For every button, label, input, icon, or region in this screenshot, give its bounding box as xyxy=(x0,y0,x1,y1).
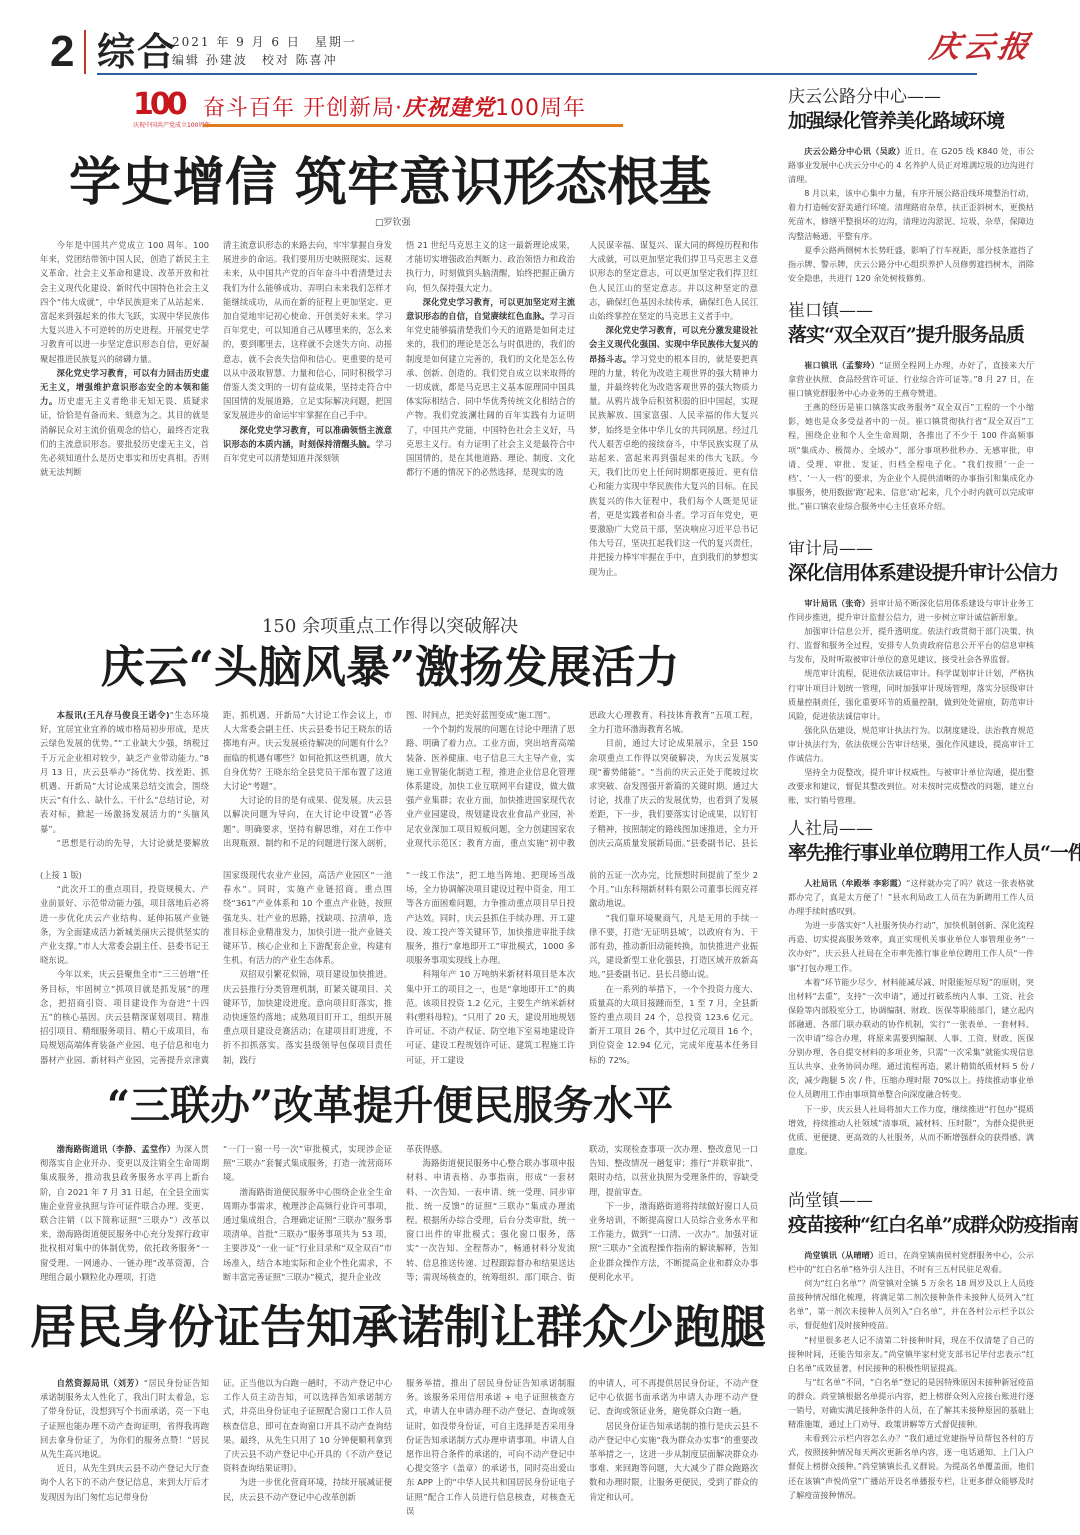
paragraph: “此次开工的重点项目，投资规模大、产业前景好、示范带动能力强，项目落地后必将进一… xyxy=(40,882,209,967)
item-body: 尚堂镇讯（从晴晴）近日，在尚堂镇南侯村党群服务中心，公示栏中的“红白名单”格外引… xyxy=(788,1248,1034,1502)
article-body: 渤海路街道讯（李静、孟堂作）为深入贯彻落实自企业开办、变更以及注销全生命周期集成… xyxy=(40,1142,758,1284)
paragraph: 证。正当他以为白跑一趟时，不动产登记中心工作人员主动告知，可以选择告知承诺制方式… xyxy=(223,1376,392,1475)
paragraph: 为进一步优化营商环境，持续开展减证便民，庆云县不动产登记中心改革创新 xyxy=(223,1475,392,1503)
article-column: 的申请人，可不再提供居民身份证，不动产登记中心依据书面承诺为申请人办理不动产登记… xyxy=(589,1376,758,1518)
article-column: 前的五证一次办完，比预想时间提前了至少 2 个月。”山东科翔新材料有限公司董事长… xyxy=(589,868,758,1068)
paragraph: 王燕的经历是崔口镇落实政务服务“双全双百”工程的一个小缩影，她也是众多受益者中的… xyxy=(788,400,1034,513)
centenary-badge-icon: 100 庆祝中国共产党成立100周年 xyxy=(133,88,195,138)
article-body: 自然资源局讯（刘芳）“居民身份证告知承诺制服务太人性化了，我出门时太着急，忘了带… xyxy=(40,1376,758,1518)
item-body: 人社局讯（牟殿举 李彩霞）“这样就办完了吗？就这一张表格就都办完了，真是太方便了… xyxy=(788,876,1034,1158)
paper-logo: 庆云报 xyxy=(926,28,1035,68)
paragraph: 国家级现代农业产业园，高活产业园区“一池春水”。同时，实施产业链招商。重点围绕“… xyxy=(223,868,392,967)
paragraph: 的申请人，可不再提供居民身份证，不动产登记中心依据书面承诺为申请人办理不动产登记… xyxy=(589,1376,758,1419)
paragraph: 自然资源局讯（刘芳）“居民身份证告知承诺制服务太人性化了，我出门时太着急，忘了带… xyxy=(40,1376,209,1461)
article-headline: 学史增信 筑牢意识形态根基 xyxy=(60,152,720,214)
paragraph: 深化党史学习教育，可以准确领悟主流意识形态的本质内涵，时刻保持清醒头脑。学习百年… xyxy=(223,423,392,466)
paragraph-lead: 自然资源局讯（刘芳） xyxy=(57,1378,144,1388)
paragraph: 本着“环节能少尽少、材料能减尽减、时限能短尽短”的原则，突出材料“去重”，支持“… xyxy=(788,975,1034,1102)
article-headline: 居民身份证告知承诺制让群众少跑腿 xyxy=(30,1296,750,1358)
article-headline: “三联办”改革提升便民服务水平 xyxy=(40,1080,740,1132)
paragraph: 海路街道便民服务中心整合联办事项申报材料、申请表格、办事指南，形成“一套材料、一… xyxy=(406,1156,575,1284)
article-body: (上接 1 版)“此次开工的重点项目，投资规模大、产业前景好、示范带动能力强，项… xyxy=(40,868,758,1068)
paragraph: 审计局讯（张奇）县审计局不断深化信用体系建设与审计业务工作同步推进，提升审计监督… xyxy=(788,596,1034,624)
paragraph: 居民身份证告知承诺制的推行是庆云县不动产登记中心实施“我为群众办实事”的重要改革… xyxy=(589,1419,758,1504)
issue-staff: 编辑 孙建波 校对 陈喜冲 xyxy=(172,51,357,69)
article-column: “一线工作法”，把工地当阵地、把现场当战场，全力协调解决项目建设过程中资金、用工… xyxy=(406,868,575,1068)
paragraph: 深化党史学习教育，可以更加坚定对主流意识形态的自信，自觉赓续红色血脉。学习百年党… xyxy=(406,295,575,480)
paragraph: 革获得感。 xyxy=(406,1142,575,1156)
sidebar-item-hr: 人社局——率先推行事业单位聘用工作人员“一件事”人社局讯（牟殿举 李彩霞）“这样… xyxy=(788,818,1034,1158)
article-column: 自然资源局讯（刘芳）“居民身份证告知承诺制服务太人性化了，我出门时太着急，忘了带… xyxy=(40,1376,209,1518)
article-column: 渤海路街道讯（李静、孟堂作）为深入贯彻落实自企业开办、变更以及注销全生命周期集成… xyxy=(40,1142,209,1284)
page-divider xyxy=(84,30,86,74)
article-column: 证。正当他以为白跑一趟时，不动产登记中心工作人员主动告知，可以选择告知承诺制方式… xyxy=(223,1376,392,1518)
issue-date: 2021 年 9 月 6 日 星期一 xyxy=(172,33,357,51)
item-department: 尚堂镇—— xyxy=(788,1190,1034,1212)
paragraph: 双招双引繁花似锦，项目建设加快推进。庆云县推行分类管理机制，盯紧关键项目、关键环… xyxy=(223,967,392,1066)
sidebar-item-cuikou: 崔口镇——落实“双全双百”提升服务品质崔口镇讯（孟黎玲）“证照全程网上办理，办好… xyxy=(788,300,1034,513)
paragraph: 悟 21 世纪马克思主义的这一最新理论成果，才能切实增强政治判断力、政治领悟力和… xyxy=(406,238,575,295)
item-department: 人社局—— xyxy=(788,818,1034,840)
item-body: 庆云公路分中心讯（吴政）近日，在 G205 线 K840 处，市公路事业发展中心… xyxy=(788,144,1034,285)
section-name: 综合 xyxy=(97,30,177,74)
article-column: 距、抓机遇、开新局”大讨论工作会议上，市人大常委会副主任、庆云县委书记王晓东的话… xyxy=(223,708,392,852)
paragraph: 服务举措，推出了居民身份证告知承诺制服务。该服务采用信用承诺 + 电子证照核查方… xyxy=(406,1376,575,1518)
paragraph: 大讨论的目的是有成果、促发展。庆云县以解决问题为导向，在大讨论中设置“必答题”。… xyxy=(223,793,392,852)
item-body: 崔口镇讯（孟黎玲）“证照全程网上办理，办好了，直接来大厅拿营业执照、食品经营许可… xyxy=(788,358,1034,513)
paragraph: “一线工作法”，把工地当阵地、把现场当战场，全力协调解决项目建设过程中资金、用工… xyxy=(406,868,575,967)
banner-slogan: 奋斗百年 开创新局·庆祝建党100周年 xyxy=(203,94,586,123)
paragraph: 人民谋幸福、谋复兴、谋大同的辉煌历程和伟大成就，可以更加坚定我们捍卫马克思主义意… xyxy=(589,238,758,323)
article-column: 图、时间点，把美好蓝图变成“施工图”。一个个制约发展的问题在讨论中理清了思路、明… xyxy=(406,708,575,852)
item-headline: 深化信用体系建设提升审计公信力 xyxy=(788,560,1034,586)
paragraph: “思想是行动的先导，大讨论就是要解放思想、触动灵魂，激发干事创业的精气神。”7 … xyxy=(40,836,209,852)
paragraph: 图、时间点，把美好蓝图变成“施工图”。 xyxy=(406,708,575,722)
article-column: 联动，实现检查事项一次办理、整改意见一口告知、整改情况一趟复审；推行“并联审批”… xyxy=(589,1142,758,1284)
paragraph-lead: 深化党史学习教育，可以准确领悟主流意识形态的本质内涵，时刻保持清醒头脑。 xyxy=(223,425,392,449)
paragraph: 渤海路街道便民服务中心围绕企业全生命周期办事需求，梳理涉企高频行业许可事项，通过… xyxy=(223,1185,392,1284)
sidebar-item-audit: 审计局——深化信用体系建设提升审计公信力审计局讯（张奇）县审计局不断深化信用体系… xyxy=(788,538,1034,807)
paragraph: 下一步，庆云县人社局将加大工作力度，继续推进“打包办”提质增效，持续推动人社领域… xyxy=(788,1102,1034,1158)
paragraph: 强化队伍建设，规范审计执法行为。以制度建设、法治教育规范审计执法行为，依法依规公… xyxy=(788,723,1034,765)
article-body: 本报讯(王凡存马俊良王诺令)“生态环境好，宜居宜业宜养的城市格局初步形成，是庆云… xyxy=(40,708,758,852)
paragraph: 人社局讯（牟殿举 李彩霞）“这样就办完了吗？就这一张表格就都办完了，真是太方便了… xyxy=(788,876,1034,918)
paragraph: 未看到公示栏内容怎么办？“我们通过党建指导员帮包各村的方式，按照接种情况每天两次… xyxy=(788,1431,1034,1501)
paragraph: 深化党史学习教育，可以有力回击历史虚无主义，增强维护意识形态安全的本领和能力。历… xyxy=(40,366,209,480)
article-column: “一门一窗一号一次”审批模式，实现涉企证照“三联办”套餐式集成服务，打造一流营商… xyxy=(223,1142,392,1284)
article-kicker: 150 余项重点工作得以突破解决 xyxy=(60,616,720,638)
paragraph: 近日，从先生到庆云县不动产登记大厅查询个人名下的不动产登记信息，来到大厅后才发现… xyxy=(40,1461,209,1504)
paragraph: 下一步，渤海路街道将持续做好窗口人员业务培训，不断提高窗口人员综合业务水平和工作… xyxy=(589,1199,758,1284)
main-column: 100 庆祝中国共产党成立100周年 奋斗百年 开创新局·庆祝建党100周年 学… xyxy=(0,78,780,1535)
paragraph: 8 月以来，该中心集中力量，有序开展公路沿线环境整治行动，着力打造畅安舒美通行环… xyxy=(788,186,1034,242)
paragraph: 今年是中国共产党成立 100 周年。100 年来，党团结带领中国人民，创造了新民… xyxy=(40,238,209,366)
masthead-rule xyxy=(97,73,977,75)
article-byline: □罗钦强 xyxy=(375,215,411,228)
item-headline: 率先推行事业单位聘用工作人员“一件事” xyxy=(788,840,1034,866)
article-body: 今年是中国共产党成立 100 周年。100 年来，党团结带领中国人民，创造了新民… xyxy=(40,238,758,610)
paragraph: 崔口镇讯（孟黎玲）“证照全程网上办理，办好了，直接来大厅拿营业执照、食品经营许可… xyxy=(788,358,1034,400)
paragraph: 为进一步落实好“人社服务快办行动”，加快机制创新、深化流程再造、切实提高服务效率… xyxy=(788,918,1034,974)
item-department: 审计局—— xyxy=(788,538,1034,560)
paragraph: 尚堂镇讯（从晴晴）近日，在尚堂镇南侯村党群服务中心，公示栏中的“红白名单”格外引… xyxy=(788,1248,1034,1276)
paragraph-lead: 本报讯(王凡存马俊良王诺令) xyxy=(57,710,170,720)
paragraph: “我们靠环境聚商气，凡是无用的手续一律不要，打造‘无证明县城’，以政府有为、干部… xyxy=(589,911,758,982)
paragraph: 与“红名单”不同，“白名单”登记的是因特殊原因未接种新冠疫苗的群众。尚堂镇根据名… xyxy=(788,1375,1034,1431)
paragraph: 夏季公路两侧树木长势旺盛，影响了行车视距，部分枝条遮挡了指示牌、警示牌，庆云公路… xyxy=(788,243,1034,285)
news-sidebar: 庆云公路分中心——加强绿化管养美化路域环境庆云公路分中心讯（吴政）近日，在 G2… xyxy=(780,78,1080,1535)
masthead: 2 综合 2021 年 9 月 6 日 星期一 编辑 孙建波 校对 陈喜冲 庆云… xyxy=(0,0,1080,78)
paragraph: 今年以来，庆云县聚焦全市“三三倍增”任务目标，牢固树立“抓项目就是抓发展”的理念… xyxy=(40,967,209,1068)
paragraph-lead: 深化党史学习教育，可以更加坚定对主流意识形态的自信，自觉赓续红色血脉。 xyxy=(406,297,575,321)
paragraph: 规范审计流程，促进依法诚信审计。科学谋划审计计划，严格执行审计项目计划统一管理，… xyxy=(788,666,1034,722)
article-headline: 庆云“头脑风暴”激扬发展活力 xyxy=(40,638,740,698)
item-department: 崔口镇—— xyxy=(788,300,1034,322)
paragraph: “一门一窗一号一次”审批模式，实现涉企证照“三联办”套餐式集成服务，打造一流营商… xyxy=(223,1142,392,1185)
article-column: 本报讯(王凡存马俊良王诺令)“生态环境好，宜居宜业宜养的城市格局初步形成，是庆云… xyxy=(40,708,209,852)
paragraph: 庆云公路分中心讯（吴政）近日，在 G205 线 K840 处，市公路事业发展中心… xyxy=(788,144,1034,186)
paragraph: 加强审计信息公开，提升透明度。依法行政贯彻于部门决策、执行、监督和服务全过程，安… xyxy=(788,624,1034,666)
paragraph: 联动，实现检查事项一次办理、整改意见一口告知、整改情况一趟复审；推行“并联审批”… xyxy=(589,1142,758,1199)
article-column: 思政大心理教育、科技体育教育”五项工程，全力打造环渤海教育名城。目前，通过大讨论… xyxy=(589,708,758,852)
paragraph-lead: 深化党史学习教育，可以有力回击历史虚无主义，增强维护意识形态安全的本领和能力。 xyxy=(40,368,209,406)
paragraph: 何为“红白名单”？尚堂镇对全镇 5 万余名 18 周岁及以上人员疫苗接种情况细化… xyxy=(788,1276,1034,1332)
paragraph: 坚持全力促整改，提升审计权威性。与被审计单位沟通，提出整改要求和建议，督促其整改… xyxy=(788,765,1034,807)
article-column: 服务举措，推出了居民身份证告知承诺制服务。该服务采用信用承诺 + 电子证照核查方… xyxy=(406,1376,575,1518)
sidebar-item-shangtang: 尚堂镇——疫苗接种“红白名单”成群众防疫指南尚堂镇讯（从晴晴）近日，在尚堂镇南侯… xyxy=(788,1190,1034,1502)
paragraph: 目前，通过大讨论成果展示，全县 150 余项重点工作得以突破解决，为庆云发展实现… xyxy=(589,736,758,852)
article-column: 革获得感。海路街道便民服务中心整合联办事项申报材料、申请表格、办事指南，形成“一… xyxy=(406,1142,575,1284)
paragraph-lead: 渤海路街道讯（李静、孟堂作） xyxy=(57,1144,176,1154)
item-body: 审计局讯（张奇）县审计局不断深化信用体系建设与审计业务工作同步推进，提升审计监督… xyxy=(788,596,1034,807)
article-column: 人民谋幸福、谋复兴、谋大同的辉煌历程和伟大成就，可以更加坚定我们捍卫马克思主义意… xyxy=(589,238,758,610)
banner-underline xyxy=(203,124,623,127)
paragraph: 渤海路街道讯（李静、孟堂作）为深入贯彻落实自企业开办、变更以及注销全生命周期集成… xyxy=(40,1142,209,1284)
centenary-banner: 100 庆祝中国共产党成立100周年 奋斗百年 开创新局·庆祝建党100周年 xyxy=(133,88,643,138)
item-department: 庆云公路分中心—— xyxy=(788,86,1034,108)
page-number: 2 xyxy=(50,30,74,74)
paragraph: (上接 1 版) xyxy=(40,868,209,882)
paragraph: 在一系列的举措下，一个个投资力度大、质量高的大项目接踵而至，1 至 7 月，全县… xyxy=(589,982,758,1067)
article-column: 国家级现代农业产业园，高活产业园区“一池春水”。同时，实施产业链招商。重点围绕“… xyxy=(223,868,392,1068)
paragraph: “村里很多老人记不清第二针接种时间，现在不仅清楚了自己的接种时间，还能告知亲友。… xyxy=(788,1333,1034,1375)
paragraph: 思政大心理教育、科技体育教育”五项工程，全力打造环渤海教育名城。 xyxy=(589,708,758,736)
sidebar-item-road: 庆云公路分中心——加强绿化管养美化路域环境庆云公路分中心讯（吴政）近日，在 G2… xyxy=(788,86,1034,285)
item-headline: 加强绿化管养美化路域环境 xyxy=(788,108,1034,134)
paragraph: 清主流意识形态的来路去向，牢牢掌握自身发展进步的命运。我们要用历史映照现实、远观… xyxy=(223,238,392,423)
paragraph: 一个个制约发展的问题在讨论中理清了思路、明确了着力点。工业方面，突出培育高端装备… xyxy=(406,722,575,852)
item-headline: 落实“双全双百”提升服务品质 xyxy=(788,322,1034,348)
paragraph: 前的五证一次办完，比预想时间提前了至少 2 个月。”山东科翔新材料有限公司董事长… xyxy=(589,868,758,911)
article-column: (上接 1 版)“此次开工的重点项目，投资规模大、产业前景好、示范带动能力强，项… xyxy=(40,868,209,1068)
article-column: 清主流意识形态的来路去向，牢牢掌握自身发展进步的命运。我们要用历史映照现实、远观… xyxy=(223,238,392,610)
article-column: 悟 21 世纪马克思主义的这一最新理论成果，才能切实增强政治判断力、政治领悟力和… xyxy=(406,238,575,610)
paragraph: 深化党史学习教育，可以充分激发建设社会主义现代化强国、实现中华民族伟大复兴的昂扬… xyxy=(589,323,758,579)
paragraph: 科翔年产 10 万吨纳米新材料项目是本次集中开工的项目之一，也是“拿地即开工”的… xyxy=(406,967,575,1066)
paragraph: 距、抓机遇、开新局”大讨论工作会议上，市人大常委会副主任、庆云县委书记王晓东的话… xyxy=(223,708,392,793)
issue-meta: 2021 年 9 月 6 日 星期一 编辑 孙建波 校对 陈喜冲 xyxy=(172,33,357,69)
item-headline: 疫苗接种“红白名单”成群众防疫指南 xyxy=(788,1212,1034,1238)
paragraph-lead: 深化党史学习教育，可以充分激发建设社会主义现代化强国、实现中华民族伟大复兴的昂扬… xyxy=(589,325,758,363)
paragraph: 本报讯(王凡存马俊良王诺令)“生态环境好，宜居宜业宜养的城市格局初步形成，是庆云… xyxy=(40,708,209,836)
article-column: 今年是中国共产党成立 100 周年。100 年来，党团结带领中国人民，创造了新民… xyxy=(40,238,209,610)
